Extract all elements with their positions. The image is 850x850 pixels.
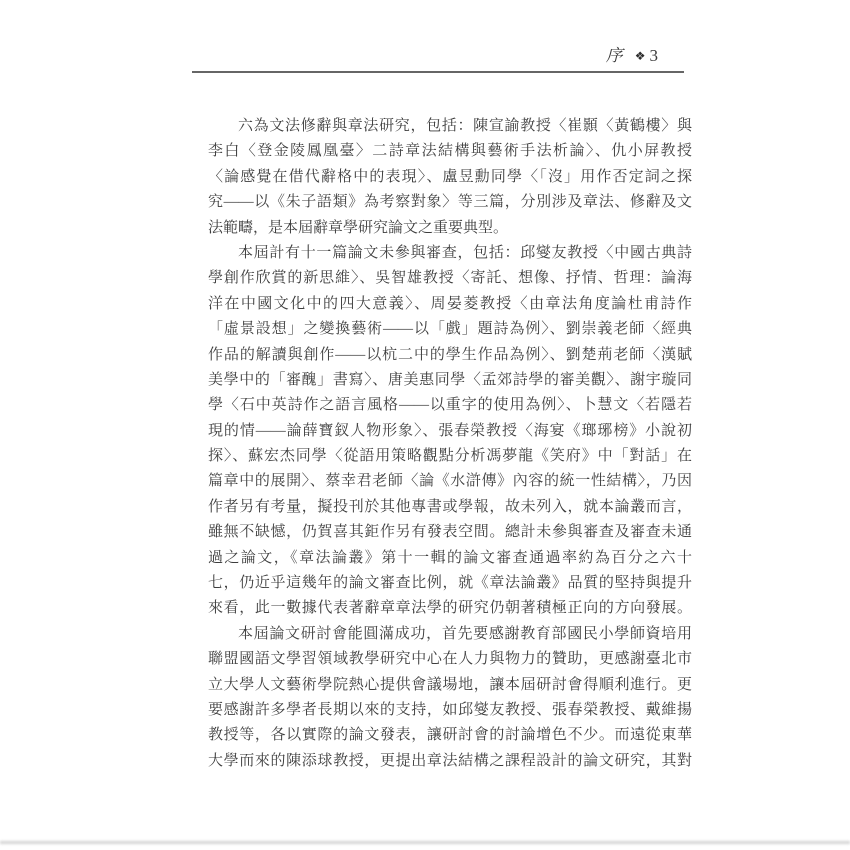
text-line: 六為文法修辭與章法研究，包括：陳宣諭教授〈崔顥〈黃鶴樓〉與 — [208, 114, 692, 139]
text-line: 雖無不缺憾，仍賀喜其鉅作另有發表空間。總計未參與審查及審查未通 — [208, 520, 692, 545]
text-line: 洋在中國文化中的四大意義〉、周晏菱教授〈由章法角度論杜甫詩作 — [208, 292, 692, 317]
text-line: 本屆論文研討會能圓滿成功，首先要感謝教育部國民小學師資培用 — [208, 622, 692, 647]
section-title: 序 — [606, 46, 624, 65]
text-line: 究——以《朱子語類》為考察對象〉等三篇，分別涉及章法、修辭及文 — [208, 190, 692, 215]
header-rule — [192, 71, 684, 73]
text-line: 過之論文，《章法論叢》第十一輯的論文審查通過率約為百分之六十 — [208, 546, 692, 571]
text-line: 作品的解讀與創作——以杭二中的學生作品為例〉、劉楚荊老師〈漢賦 — [208, 343, 692, 368]
text-line: 「虛景設想」之變換藝術——以「戲」題詩為例〉、劉崇義老師〈經典 — [208, 317, 692, 342]
text-line: 七，仍近乎這幾年的論文審查比例，就《章法論叢》品質的堅持與提升 — [208, 571, 692, 596]
text-line: 聯盟國語文學習領域教學研究中心在人力與物力的贊助，更感謝臺北市 — [208, 647, 692, 672]
text-line: 法範疇，是本屆辭章學研究論文之重要典型。 — [208, 216, 692, 241]
text-line: 〈論感覺在借代辭格中的表現〉、盧昱勳同學〈「沒」用作否定詞之探 — [208, 165, 692, 190]
text-line: 探〉、蘇宏杰同學〈從語用策略觀點分析馮夢龍《笑府》中「對話」在 — [208, 444, 692, 469]
page: 序❖3 六為文法修辭與章法研究，包括：陳宣諭教授〈崔顥〈黃鶴樓〉與 李白〈登金陵… — [0, 0, 850, 850]
text-line: 本屆計有十一篇論文未參與審查，包括：邱燮友教授〈中國古典詩 — [208, 241, 692, 266]
text-line: 要感謝許多學者長期以來的支持，如邱燮友教授、張春榮教授、戴維揚 — [208, 698, 692, 723]
text-line: 立大學人文藝術學院熱心提供會議場地，讓本屆研討會得順利進行。更 — [208, 673, 692, 698]
diamond-ornament-icon: ❖ — [635, 49, 646, 63]
text-line: 現的情——論薛寶釵人物形象〉、張春榮教授〈海宴《瑯琊榜》小說初 — [208, 419, 692, 444]
page-number: 3 — [650, 46, 659, 65]
text-line: 篇章中的展開〉、蔡幸君老師〈論《水滸傳》內容的統一性結構〉，乃因 — [208, 469, 692, 494]
text-line: 學〈石中英詩作之語言風格——以重字的使用為例〉、卜慧文〈若隱若 — [208, 393, 692, 418]
text-line: 美學中的「審醜」書寫〉、唐美惠同學〈孟郊詩學的審美觀〉、謝宇璇同 — [208, 368, 692, 393]
page-bottom-edge — [0, 841, 850, 844]
text-line: 李白〈登金陵鳳凰臺〉二詩章法結構與藝術手法析論〉、仇小屏教授 — [208, 139, 692, 164]
text-line: 作者另有考量，擬投刊於其他專書或學報，故未列入，就本論叢而言， — [208, 495, 692, 520]
page-header: 序❖3 — [192, 44, 658, 68]
text-line: 學創作欣賞的新思維〉、吳智雄教授〈寄託、想像、抒情、哲理：論海 — [208, 266, 692, 291]
body-text: 六為文法修辭與章法研究，包括：陳宣諭教授〈崔顥〈黃鶴樓〉與 李白〈登金陵鳳凰臺〉… — [208, 114, 692, 774]
text-line: 大學而來的陳添球教授，更提出章法結構之課程設計的論文研究，其對 — [208, 749, 692, 774]
text-line: 來看，此一數據代表著辭章章法學的研究仍朝著積極正向的方向發展。 — [208, 596, 692, 621]
text-line: 教授等，各以實際的論文發表，讓研討會的討論增色不少。而遠從東華 — [208, 723, 692, 748]
